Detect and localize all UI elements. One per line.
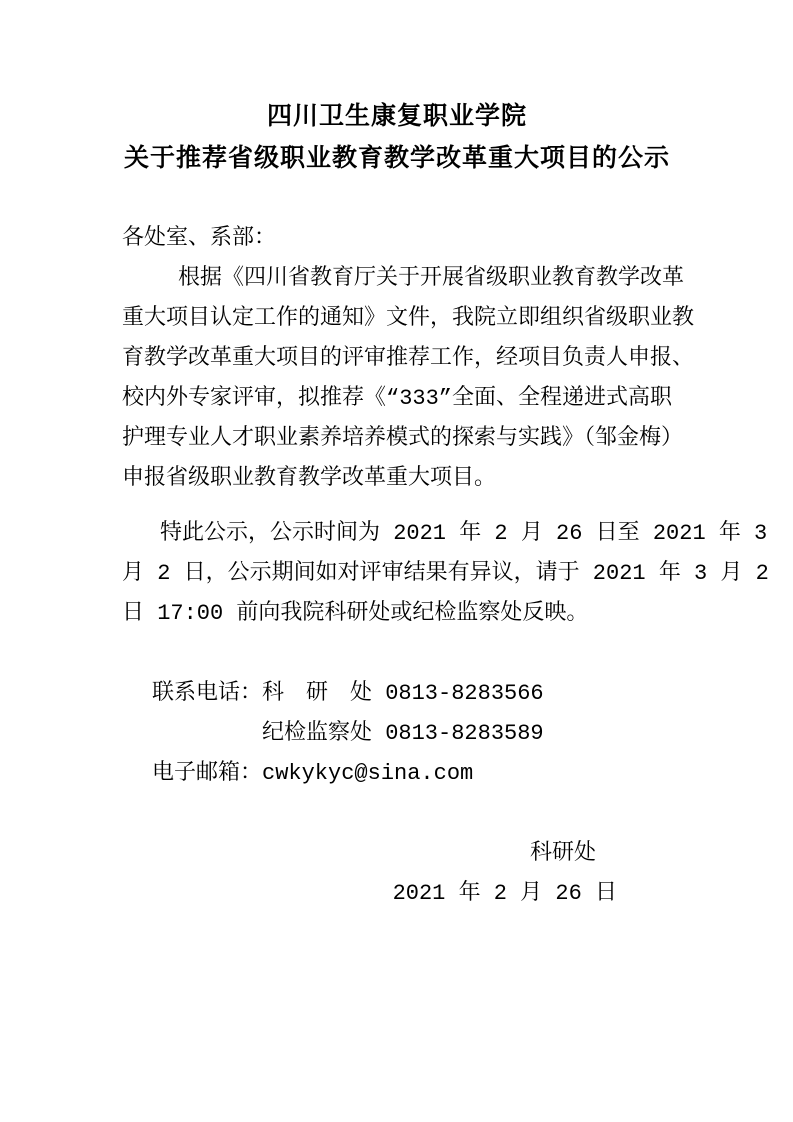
contact-phone-discipline-office: 纪检监察处 0813-8283589 — [122, 714, 672, 754]
paragraph-1: 根据《四川省教育厅关于开展省级职业教育教学改革 重大项目认定工作的通知》文件，我… — [122, 259, 672, 499]
paragraph-2-line-1: 特此公示，公示时间为 2021 年 2 月 26 日至 2021 年 3 — [122, 514, 672, 554]
document-title-subject: 关于推荐省级职业教育教学改革重大项目的公示 — [122, 137, 672, 179]
contact-phone-research-office: 联系电话：科 研 处 0813-8283566 — [122, 674, 672, 714]
paragraph-2: 特此公示，公示时间为 2021 年 2 月 26 日至 2021 年 3 月 2… — [122, 514, 672, 634]
paragraph-2-line-2: 月 2 日，公示期间如对评审结果有异议，请于 2021 年 3 月 2 — [122, 554, 672, 594]
paragraph-1-line-3: 育教学改革重大项目的评审推荐工作，经项目负责人申报、 — [122, 339, 672, 379]
paragraph-1-line-1: 根据《四川省教育厅关于开展省级职业教育教学改革 — [122, 259, 672, 299]
contact-email: 电子邮箱：cwkykyc@sina.com — [122, 754, 672, 794]
signature-block: 科研处 2021 年 2 月 26 日 — [122, 834, 672, 914]
paragraph-1-line-5: 护理专业人才职业素养培养模式的探索与实践》（邹金梅） — [122, 419, 672, 459]
document-title-org: 四川卫生康复职业学院 — [122, 95, 672, 137]
paragraph-1-line-4: 校内外专家评审，拟推荐《“333”全面、全程递进式高职 — [122, 379, 672, 419]
document-content: 四川卫生康复职业学院 关于推荐省级职业教育教学改革重大项目的公示 各处室、系部：… — [0, 0, 793, 914]
salutation-line: 各处室、系部： — [122, 219, 672, 259]
paragraph-1-line-6: 申报省级职业教育教学改革重大项目。 — [122, 459, 672, 499]
paragraph-1-line-2: 重大项目认定工作的通知》文件，我院立即组织省级职业教 — [122, 299, 672, 339]
paragraph-2-line-3: 日 17:00 前向我院科研处或纪检监察处反映。 — [122, 594, 672, 634]
signature-date: 2021 年 2 月 26 日 — [122, 874, 672, 914]
contact-block: 联系电话：科 研 处 0813-8283566 纪检监察处 0813-82835… — [122, 674, 672, 794]
document-page: 四川卫生康复职业学院 关于推荐省级职业教育教学改革重大项目的公示 各处室、系部：… — [0, 0, 793, 1122]
signature-department: 科研处 — [122, 834, 672, 874]
